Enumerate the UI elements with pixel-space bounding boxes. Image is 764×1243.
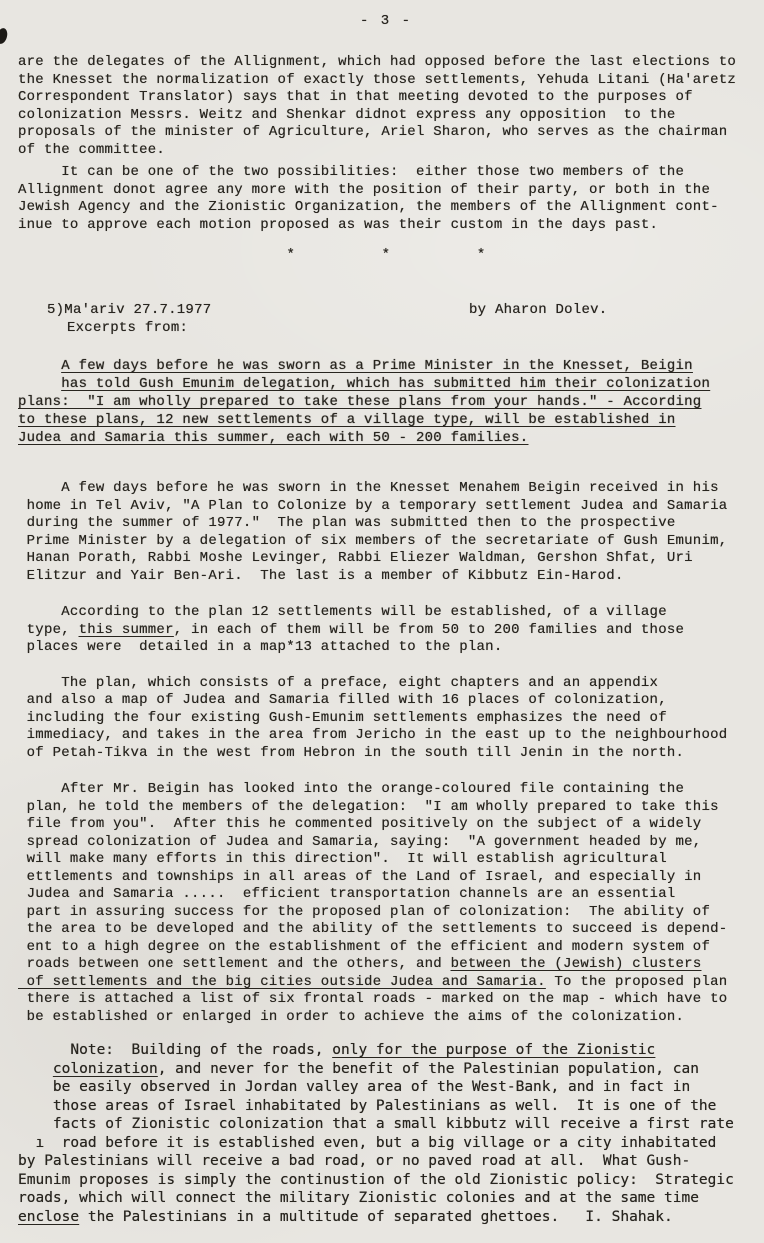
text-line: those areas of Israel inhabitated by Pal… <box>18 1097 754 1116</box>
text-line: colonization, and never for the benefit … <box>18 1060 754 1079</box>
text-line: Correspondent Translator) says that in t… <box>18 89 754 107</box>
text-line: the area to be developed and the ability… <box>18 921 754 939</box>
text-line: ettlements and townships in all areas of… <box>18 869 754 887</box>
article-source: 5)Ma'ariv 27.7.1977 <box>47 302 754 320</box>
text-line: inue to approve each motion proposed as … <box>18 217 754 235</box>
paragraph-beigin-orange-file: After Mr. Beigin has looked into the ora… <box>18 781 754 1026</box>
underlined-text: between the (Jewish) clusters <box>451 956 702 972</box>
text-line: part in assuring success for the propose… <box>18 904 754 922</box>
text-line: Prime Minister by a delegation of six me… <box>18 533 754 551</box>
text-line: enclose the Palestinians in a multitude … <box>18 1208 754 1227</box>
underlined-text: this summer <box>79 622 174 638</box>
text-line: immediacy, and takes in the area from Je… <box>18 727 754 745</box>
text-line: ent to a high degree on the establishmen… <box>18 939 754 957</box>
scan-artifact-mark <box>0 27 9 45</box>
text-line: proposals of the minister of Agriculture… <box>18 124 754 142</box>
underlined-text: colonization <box>53 1061 158 1077</box>
text-line: and also a map of Judea and Samaria fill… <box>18 692 754 710</box>
underlined-text: plans: "I am wholly prepared to take the… <box>18 394 701 410</box>
page-number: - 3 - <box>18 12 754 30</box>
text-line: colonization Messrs. Weitz and Shenkar d… <box>18 107 754 125</box>
text-line: Hanan Porath, Rabbi Moshe Levinger, Rabb… <box>18 550 754 568</box>
text-line: will make many efforts in this direction… <box>18 851 754 869</box>
text-line: has told Gush Emunim delegation, which h… <box>18 375 754 393</box>
article-byline: by Aharon Dolev. <box>469 302 607 320</box>
text-line: A few days before he was sworn as a Prim… <box>18 357 754 375</box>
text-line: places were detailed in a map*13 attache… <box>18 639 754 657</box>
underlined-text: only for the purpose of the Zionistic <box>332 1042 655 1058</box>
paragraph-plan-contents: The plan, which consists of a preface, e… <box>18 675 754 763</box>
underlined-text: has told Gush Emunim delegation, which h… <box>61 376 710 392</box>
text-line: of Petah-Tikva in the west from Hebron i… <box>18 745 754 763</box>
underlined-text: Judea and Samaria this summer, each with… <box>18 430 528 446</box>
paragraph-sworn-in-knesset: A few days before he was sworn in the Kn… <box>18 480 754 585</box>
text-line: the Knesset the normalization of exactly… <box>18 72 754 90</box>
paragraph-two-possibilities: It can be one of the two possibilities: … <box>18 164 754 234</box>
underlined-text: A few days before he was sworn as a Prim… <box>61 358 693 374</box>
text-line: during the summer of 1977." The plan was… <box>18 515 754 533</box>
text-line: facts of Zionistic colonization that a s… <box>18 1115 754 1134</box>
text-line: of the committee. <box>18 142 754 160</box>
text-line: Allignment donot agree any more with the… <box>18 182 754 200</box>
text-line: file from you". After this he commented … <box>18 816 754 834</box>
text-line: be easily observed in Jordan valley area… <box>18 1078 754 1097</box>
text-line: ı road before it is established even, bu… <box>18 1134 754 1153</box>
text-line: be established or enlarged in order to a… <box>18 1009 754 1027</box>
text-line: Note: Building of the roads, only for th… <box>18 1041 754 1060</box>
text-line: The plan, which consists of a preface, e… <box>18 675 754 693</box>
paragraph-according-to-plan: According to the plan 12 settlements wil… <box>18 604 754 657</box>
text-line: of settlements and the big cities outsid… <box>18 974 754 992</box>
scanned-document-page: - 3 - are the delegates of the Allignmen… <box>0 0 764 1243</box>
text-line: A few days before he was sworn in the Kn… <box>18 480 754 498</box>
asterisk-separator: * * * <box>18 246 754 264</box>
text-line: there is attached a list of six frontal … <box>18 991 754 1009</box>
text-line: including the four existing Gush-Emunim … <box>18 710 754 728</box>
text-line: home in Tel Aviv, "A Plan to Colonize by… <box>18 498 754 516</box>
text-line: are the delegates of the Allignment, whi… <box>18 54 754 72</box>
text-line: roads between one settlement and the oth… <box>18 956 754 974</box>
text-line: Judea and Samaria ..... efficient transp… <box>18 886 754 904</box>
article-heading: 5)Ma'ariv 27.7.1977 by Aharon Dolev. Exc… <box>18 302 754 337</box>
text-line: After Mr. Beigin has looked into the ora… <box>18 781 754 799</box>
text-line: spread colonization of Judea and Samaria… <box>18 834 754 852</box>
text-line: Jewish Agency and the Zionistic Organiza… <box>18 199 754 217</box>
text-line: According to the plan 12 settlements wil… <box>18 604 754 622</box>
paragraph-allignment-delegates: are the delegates of the Allignment, whi… <box>18 54 754 159</box>
text-line: Elitzur and Yair Ben-Ari. The last is a … <box>18 568 754 586</box>
text-line: plans: "I am wholly prepared to take the… <box>18 393 754 411</box>
text-line: Judea and Samaria this summer, each with… <box>18 429 754 447</box>
text-line: by Palestinians will receive a bad road,… <box>18 1152 754 1171</box>
shahak-note-block: Note: Building of the roads, only for th… <box>18 1041 754 1226</box>
excerpts-label: Excerpts from: <box>67 320 754 338</box>
text-line: It can be one of the two possibilities: … <box>18 164 754 182</box>
text-line: to these plans, 12 new settlements of a … <box>18 411 754 429</box>
underlined-summary-block: A few days before he was sworn as a Prim… <box>18 357 754 447</box>
underlined-text: to these plans, 12 new settlements of a … <box>18 412 676 428</box>
underlined-text: enclose <box>18 1209 79 1225</box>
underlined-text: of settlements and the big cities outsid… <box>18 974 546 990</box>
text-line: plan, he told the members of the delegat… <box>18 799 754 817</box>
text-line: type, this summer, in each of them will … <box>18 622 754 640</box>
text-line: Emunim proposes is simply the continusti… <box>18 1171 754 1190</box>
text-line: roads, which will connect the military Z… <box>18 1189 754 1208</box>
